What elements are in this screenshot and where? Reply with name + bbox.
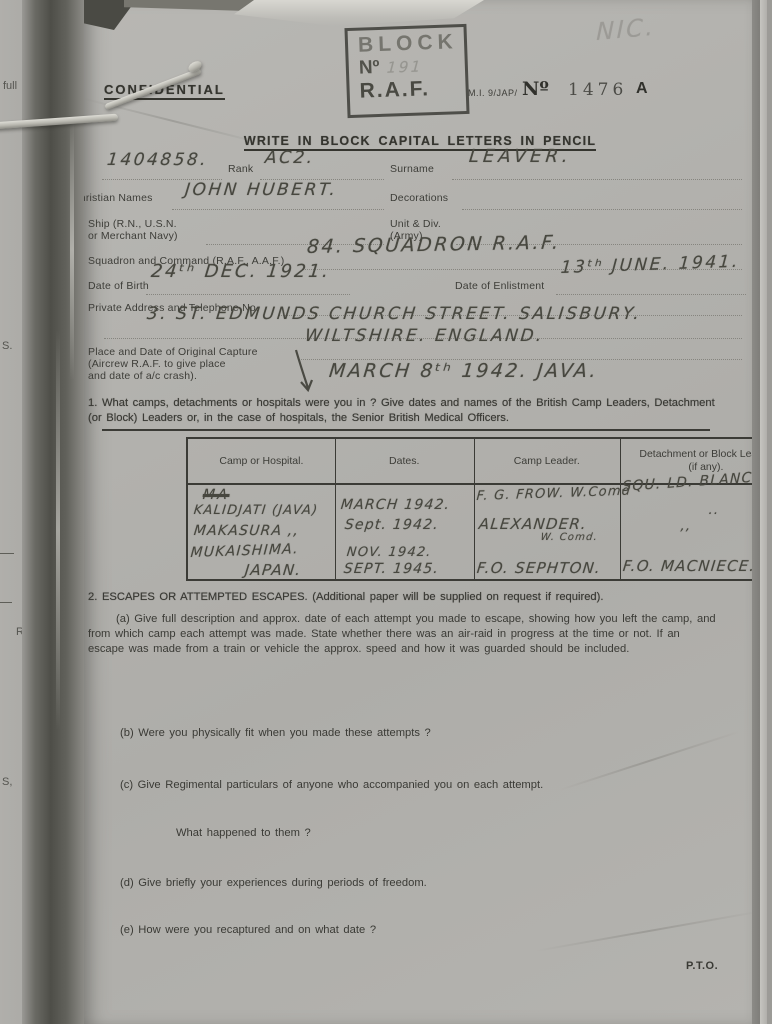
stamp-no-text: Nº xyxy=(359,57,380,80)
page-behind-edge xyxy=(760,0,767,1024)
question1-line2: (or Block) Leaders or, in the case of ho… xyxy=(88,411,509,427)
camp-entry-struck: MA xyxy=(202,487,230,503)
margin-line xyxy=(0,553,14,554)
question2c-followup: What happened to them ? xyxy=(176,826,311,842)
stamp-pencil-number: 191 xyxy=(386,57,423,76)
question2a-line3: escape was made from a train or vehicle … xyxy=(88,642,629,658)
ship-label-line2: or Merchant Navy) xyxy=(88,230,178,242)
capture-label-line3: and date of a/c crash). xyxy=(88,370,197,382)
fill-line xyxy=(556,293,746,295)
arrow-down-icon xyxy=(290,348,320,398)
question2a-line1: (a) Give full description and approx. da… xyxy=(88,612,716,628)
reference-no-label: Nº xyxy=(522,78,549,100)
date-entry-1: MARCH 1942. xyxy=(340,497,451,513)
date-of-birth-label: Date of Birth xyxy=(88,280,149,292)
fill-line xyxy=(462,208,742,210)
question2d: (d) Give briefly your experiences during… xyxy=(120,876,427,892)
stamp-raf-text: R.A.F. xyxy=(359,76,466,104)
enlistment-value: 13ᵗʰ JUNE. 1941. xyxy=(560,252,741,278)
camp-table: Camp or Hospital. Dates. Camp Leader. De… xyxy=(186,437,756,581)
leader-entry-2: ALEXANDER. xyxy=(478,515,588,533)
date-entry-3: NOV. 1942. xyxy=(346,545,432,560)
table-top-rule xyxy=(102,429,710,431)
block-leader-ditto-1: .. xyxy=(708,503,720,518)
date-of-birth-value: 24ᵗʰ DEC. 1921. xyxy=(150,261,332,282)
question2e: (e) How were you recaptured and on what … xyxy=(120,923,376,939)
reference-number: 1476 xyxy=(568,80,627,100)
rank-label: Rank xyxy=(228,163,253,175)
question2b: (b) Were you physically fit when you mad… xyxy=(120,726,431,742)
page-top-crumple xyxy=(234,0,484,26)
stamp-block-text: BLOCK xyxy=(358,30,465,58)
unit-label-line1: Unit & Div. xyxy=(390,218,441,230)
margin-fragment: S, xyxy=(2,776,12,788)
camp-entry-1: KALIDJATI (JAVA) xyxy=(193,503,319,518)
decorations-label: Decorations xyxy=(390,192,448,204)
margin-fragment: S. xyxy=(2,340,12,352)
service-number-value: 1404858. xyxy=(106,150,209,170)
fill-line xyxy=(172,208,384,210)
crease xyxy=(558,731,739,792)
squadron-value: 84. SQUADRON R.A.F. xyxy=(306,232,562,258)
date-entry-4: SEPT. 1945. xyxy=(343,561,440,577)
leader-entry-2b: W. Comd. xyxy=(540,532,599,543)
spine-highlight xyxy=(70,120,74,380)
table-header-camp: Camp or Hospital. xyxy=(188,439,335,483)
ship-label-line1: Ship (R.N., U.S.N. xyxy=(88,218,177,230)
camp-entry-3: MUKAISHIMA. xyxy=(190,541,299,561)
capture-label-line1: Place and Date of Original Capture xyxy=(88,346,258,358)
address-value-line2: WILTSHIRE. ENGLAND. xyxy=(304,326,545,346)
christian-names-value: JOHN HUBERT. xyxy=(184,180,339,200)
form-page: CONFIDENTIAL BLOCK Nº 191 R.A.F. M.I. 9/… xyxy=(84,0,756,1024)
leader-entry-1: F. G. FROW. W.Comd xyxy=(476,484,632,504)
crease xyxy=(536,910,756,952)
capture-label-line2: (Aircrew R.A.F. to give place xyxy=(88,358,226,370)
block-leader-ditto-2: ,, xyxy=(680,519,692,534)
margin-fragment: full xyxy=(3,80,17,92)
block-number-stamp: BLOCK Nº 191 R.A.F. xyxy=(344,24,469,118)
block-leader-entry-3: F.O. MACNIECE. xyxy=(622,557,756,575)
question2c: (c) Give Regimental particulars of anyon… xyxy=(120,778,543,794)
pto-marking: P.T.O. xyxy=(686,960,718,972)
margin-line xyxy=(0,602,12,603)
question1-line1: 1. What camps, detachments or hospitals … xyxy=(88,396,715,412)
form-instruction-heading: WRITE IN BLOCK CAPITAL LETTERS IN PENCIL xyxy=(84,132,756,150)
camp-entry-4: JAPAN. xyxy=(244,561,302,579)
fill-line xyxy=(146,293,350,295)
camp-entry-2: MAKASURA ,, xyxy=(193,523,300,539)
address-value-line1: 3. ST. EDMUNDS CHURCH STREET. SALISBURY. xyxy=(146,304,642,324)
page-edge-shadow xyxy=(752,0,760,1024)
rank-value: AC2. xyxy=(264,148,316,168)
leader-entry-3: F.O. SEPHTON. xyxy=(476,559,602,577)
question2a-line2: from which camp each attempt was made. S… xyxy=(88,627,680,643)
pencil-scribble: NIC. xyxy=(596,13,656,46)
capture-value: MARCH 8ᵗʰ 1942. JAVA. xyxy=(328,360,599,382)
enlistment-label: Date of Enlistment xyxy=(455,280,544,292)
date-entry-2: Sept. 1942. xyxy=(344,517,440,533)
christian-names-label: Christian Names xyxy=(84,192,153,204)
reference-suffix: A xyxy=(636,80,648,98)
spine-highlight xyxy=(56,330,60,730)
mi9-reference-label: M.I. 9/JAP/ xyxy=(468,88,518,98)
surname-label: Surname xyxy=(390,163,434,175)
table-header-dates: Dates. xyxy=(335,439,474,483)
question2-heading: 2. ESCAPES OR ATTEMPTED ESCAPES. (Additi… xyxy=(88,590,604,606)
fill-line xyxy=(452,178,742,180)
surname-value: LEAVER. xyxy=(468,146,573,167)
table-header-leader: Camp Leader. xyxy=(474,439,620,483)
outer-edge xyxy=(767,0,772,1024)
